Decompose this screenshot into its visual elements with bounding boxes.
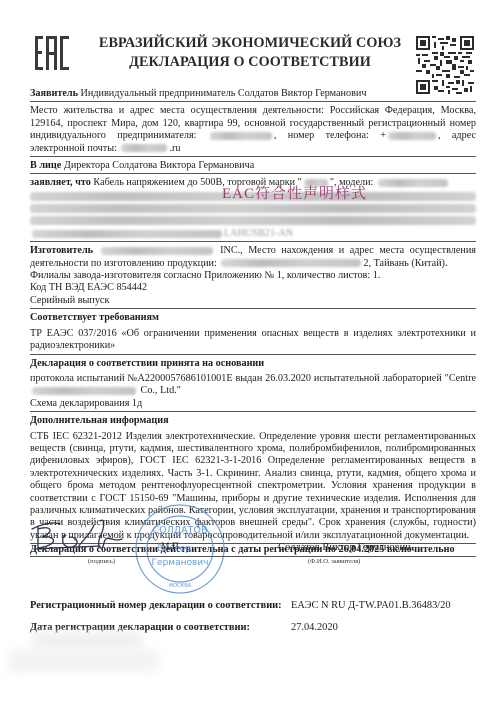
manufacturer-section: Изготовитель INC., Место нахождения и ад… — [30, 245, 476, 270]
stamp-patronymic: Германович — [152, 558, 209, 568]
registration-number-value: ЕАЭС N RU Д-TW.PA01.B.36483/20 — [291, 600, 451, 611]
stamp-surname: СОЛДАТОВ — [153, 525, 208, 536]
test-protocol: протокола испытаний №A2200057686101001E … — [30, 373, 476, 384]
name-caption: (Ф.И.О. заявителя) — [308, 558, 360, 565]
manufacturer-label: Изготовитель — [30, 245, 93, 256]
signatory-name: Солдатов Виктор Германович — [278, 542, 411, 553]
name-line — [230, 556, 476, 557]
seal-label: М.П. — [161, 542, 181, 552]
requirements-label: Соответствует требованиям — [30, 312, 159, 323]
registration-number-label: Регистрационный номер декларации о соотв… — [30, 600, 291, 611]
signature-caption: (подпись) — [88, 558, 115, 565]
qr-code-icon — [416, 36, 474, 94]
models-redacted — [378, 179, 448, 187]
applicant-value: Индивидуальный предприниматель Солдатов … — [81, 88, 367, 99]
registration-number-row: Регистрационный номер декларации о соотв… — [30, 600, 451, 611]
represented-by-section: В лице Директора Солдатова Виктора Герма… — [30, 160, 476, 174]
declaration-page: ЕВРАЗИЙСКИЙ ЭКОНОМИЧЕСКИЙ СОЮЗ ДЕКЛАРАЦИ… — [0, 0, 500, 707]
branches-text: Филиалы завода-изготовителя согласно При… — [30, 270, 476, 282]
requirements-section: ТР ЕАЭС 037/2016 «Об ограничении примене… — [30, 328, 476, 355]
lab-name-redacted — [32, 387, 136, 395]
watermark-cjk: 符合性声明样式 — [255, 184, 367, 202]
additional-label: Дополнительная информация — [30, 415, 169, 426]
models-redacted — [32, 230, 222, 238]
footer-smudge — [8, 650, 158, 672]
stamp-city: МОСКВА — [169, 583, 192, 589]
requirements-heading: Соответствует требованиям — [30, 312, 476, 324]
requirements-value: ТР ЕАЭС 037/2016 «Об ограничении примене… — [30, 328, 476, 351]
represented-by-value: Директора Солдатова Виктора Германовича — [64, 160, 254, 171]
footer-smudge — [32, 632, 142, 650]
declaration-scheme: Схема декларирования 1д — [30, 398, 476, 410]
manufacturer-name-redacted — [101, 247, 213, 255]
release-type: Серийный выпуск — [30, 295, 476, 307]
phone-redacted — [388, 132, 436, 140]
email-redacted — [121, 144, 167, 152]
title-union: ЕВРАЗИЙСКИЙ ЭКОНОМИЧЕСКИЙ СОЮЗ — [90, 34, 410, 53]
address-section: Место жительства и адрес места осуществл… — [30, 105, 476, 157]
basis-heading: Декларация о соответствии принята на осн… — [30, 358, 476, 370]
declares-label: заявляет, что — [30, 177, 91, 188]
hs-code: Код ТН ВЭД ЕАЭС 854442 — [30, 282, 476, 294]
ogrnip-redacted — [210, 132, 272, 140]
applicant-label: Заявитель — [30, 88, 78, 99]
phone-label: , номер телефона: + — [274, 130, 386, 141]
eac-logo-icon — [34, 35, 70, 71]
document-title: ЕВРАЗИЙСКИЙ ЭКОНОМИЧЕСКИЙ СОЮЗ ДЕКЛАРАЦИ… — [90, 34, 410, 72]
lab-suffix: Co., Ltd." — [141, 385, 181, 396]
title-declaration: ДЕКЛАРАЦИЯ О СООТВЕТСТВИИ — [90, 53, 410, 72]
models-redacted-line — [30, 216, 476, 225]
signature-line — [30, 556, 230, 557]
signature-area: СОЛДАТОВ Виктор Германович МОСКВА М.П. (… — [30, 515, 476, 585]
basis-section: протокола испытаний №A2200057686101001E … — [30, 373, 476, 412]
applicant-section: Заявитель Индивидуальный предприниматель… — [30, 88, 476, 102]
manufacturer-country: 2, Тайвань (Китай). — [363, 258, 447, 269]
watermark-latin: EAC — [222, 186, 255, 202]
product-info-section: Филиалы завода-изготовителя согласно При… — [30, 270, 476, 309]
models-tail: LAHUSB21-AN — [224, 228, 293, 239]
basis-label: Декларация о соответствии принята на осн… — [30, 358, 264, 369]
handwritten-signature-icon — [30, 515, 130, 555]
models-redacted-line — [30, 204, 476, 213]
represented-by-label: В лице — [30, 160, 61, 171]
sample-watermark: EAC符合性声明样式 — [222, 182, 367, 203]
registration-date-value: 27.04.2020 — [291, 622, 338, 633]
email-domain: .ru — [169, 143, 180, 154]
manufacturer-address-redacted — [221, 259, 361, 267]
additional-heading: Дополнительная информация — [30, 415, 476, 427]
document-body: Заявитель Индивидуальный предприниматель… — [30, 88, 476, 557]
